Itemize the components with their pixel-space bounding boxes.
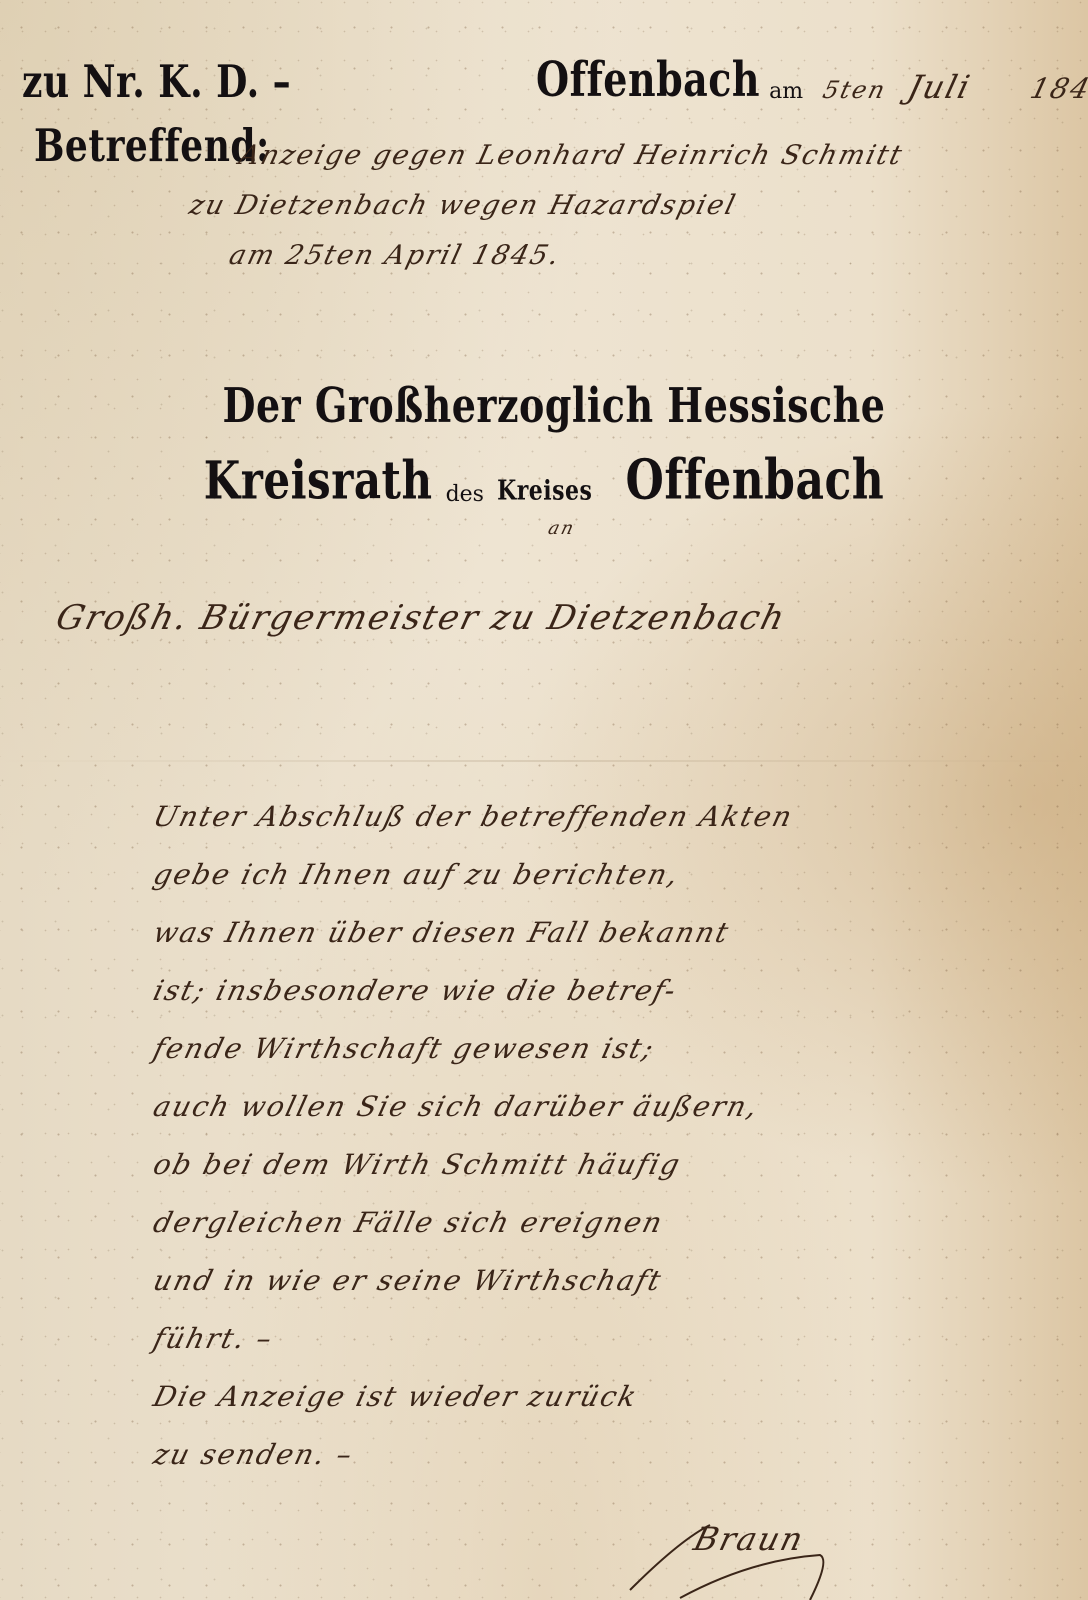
body-line-text: fende Wirthschaft gewesen ist; xyxy=(150,1032,659,1065)
paper-fold-line xyxy=(0,760,1088,762)
subject-line-text: zu Dietzenbach wegen Hazardspiel xyxy=(186,190,740,221)
body-line: ist; insbesondere wie die betref- xyxy=(150,974,1060,1032)
body-line-text: führt. – xyxy=(150,1322,277,1355)
body-line: Die Anzeige ist wieder zurück xyxy=(150,1380,1060,1438)
body-line-text: Die Anzeige ist wieder zurück xyxy=(150,1380,642,1413)
reference-label: zu Nr. K. D. – xyxy=(22,56,291,109)
body-line: und in wie er seine Wirthschaft xyxy=(150,1264,1060,1322)
signature: Braun xyxy=(690,1520,799,1558)
body-line-text: zu senden. – xyxy=(150,1438,357,1471)
body-line-text: ist; insbesondere wie die betref- xyxy=(150,974,681,1007)
date-month: Juli xyxy=(904,68,975,106)
body-line-text: auch wollen Sie sich darüber äußern, xyxy=(150,1090,762,1123)
body-line: fende Wirthschaft gewesen ist; xyxy=(150,1032,1060,1090)
authority-line-1: Der Großherzoglich Hessische xyxy=(20,388,1088,433)
issuing-authority: Der Großherzoglich Hessische Kreisrath d… xyxy=(0,388,1088,539)
place-date-line: Offenbach am 5ten Juli 1845. xyxy=(536,62,1088,107)
body-line: Unter Abschluß der betreffenden Akten xyxy=(150,800,1060,858)
authority-line-2: Kreisrath des Kreises Offenbach xyxy=(0,461,1088,512)
body-line: gebe ich Ihnen auf zu berichten, xyxy=(150,858,1060,916)
body-line-text: und in wie er seine Wirthschaft xyxy=(150,1264,666,1297)
signature-text: Braun xyxy=(690,1520,809,1558)
subject-line-text: Anzeige gegen Leonhard Heinrich Schmitt xyxy=(236,140,907,171)
body-line: auch wollen Sie sich darüber äußern, xyxy=(150,1090,1060,1148)
subject-line-text: am 25ten April 1845. xyxy=(226,240,564,271)
body-line-text: was Ihnen über diesen Fall bekannt xyxy=(150,916,733,949)
authority-line-1-text: Der Großherzoglich Hessische xyxy=(223,377,886,433)
body-line: führt. – xyxy=(150,1322,1060,1380)
handwritten-an: an xyxy=(30,518,1088,539)
body-line: ob bei dem Wirth Schmitt häufig xyxy=(150,1148,1060,1206)
body-line-text: dergleichen Fälle sich ereignen xyxy=(150,1206,667,1239)
body-line: dergleichen Fälle sich ereignen xyxy=(150,1206,1060,1264)
reference-number: zu Nr. K. D. – xyxy=(22,66,291,108)
body-line-text: gebe ich Ihnen auf zu berichten, xyxy=(150,858,683,891)
handwritten-an-text: an xyxy=(546,518,578,539)
body-line-text: ob bei dem Wirth Schmitt häufig xyxy=(150,1148,685,1181)
subject-line: Anzeige gegen Leonhard Heinrich Schmitt xyxy=(236,140,1066,190)
addressee: Großh. Bürgermeister zu Dietzenbach xyxy=(52,598,780,638)
place-name: Offenbach xyxy=(536,51,760,107)
letter-body: Unter Abschluß der betreffenden Akten ge… xyxy=(150,800,1060,1496)
body-line: zu senden. – xyxy=(150,1438,1060,1496)
date-prefix: am xyxy=(769,79,803,104)
addressee-text: Großh. Bürgermeister zu Dietzenbach xyxy=(52,598,790,638)
date-year: 1845. xyxy=(1027,72,1088,105)
authority-district-name: Offenbach xyxy=(626,448,885,512)
date-day: 5ten xyxy=(820,76,890,104)
subject-text: Anzeige gegen Leonhard Heinrich Schmitt … xyxy=(186,140,1066,290)
body-line: was Ihnen über diesen Fall bekannt xyxy=(150,916,1060,974)
subject-line: zu Dietzenbach wegen Hazardspiel xyxy=(186,190,1066,240)
authority-district-label: Kreises xyxy=(497,475,592,508)
subject-line: am 25ten April 1845. xyxy=(226,240,1066,290)
authority-connector: des xyxy=(446,482,484,507)
authority-title: Kreisrath xyxy=(204,450,433,511)
body-line-text: Unter Abschluß der betreffenden Akten xyxy=(150,800,797,833)
